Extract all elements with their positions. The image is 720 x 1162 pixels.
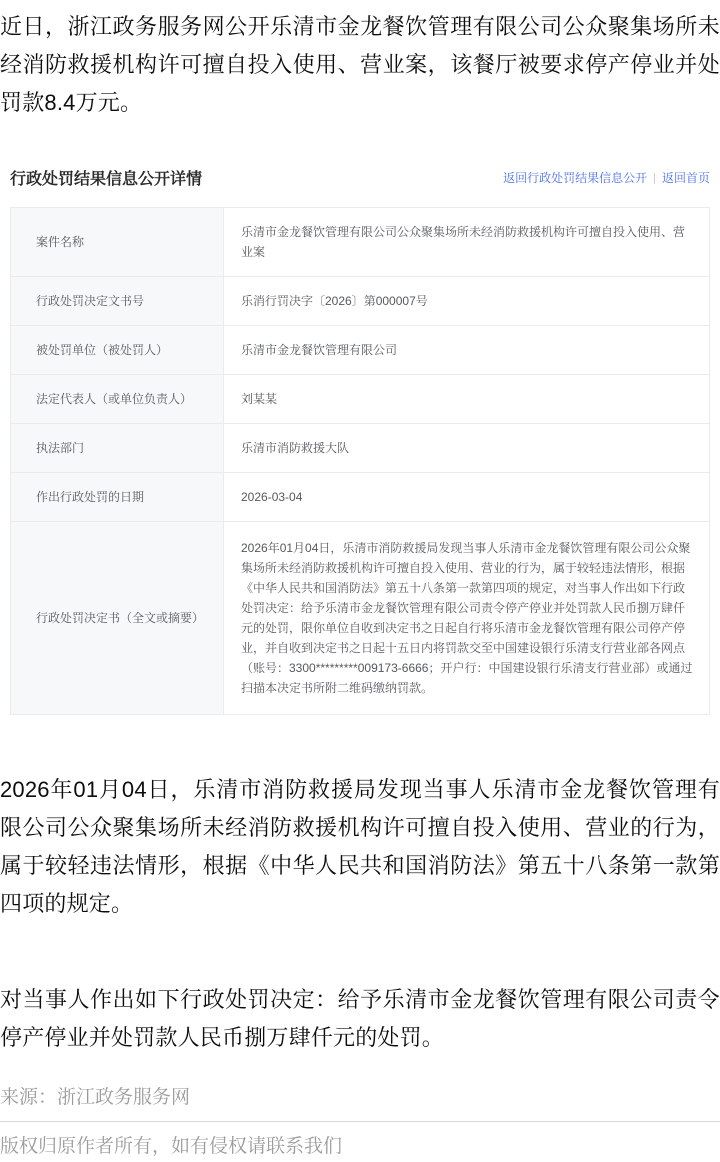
table-row-case-name: 案件名称 乐清市金龙餐饮管理有限公司公众聚集场所未经消防救援机构许可擅自投入使用…	[11, 208, 709, 277]
row-value: 2026-03-04	[224, 473, 709, 521]
copyright-notice: 版权归原作者所有，如有侵权请联系我们	[0, 1132, 720, 1162]
row-value: 刘某某	[224, 375, 709, 423]
article-intro-paragraph: 近日，浙江政务服务网公开乐清市金龙餐饮管理有限公司公众聚集场所未经消防救援机构许…	[0, 8, 720, 122]
table-row-penalty-decision-text: 行政处罚决定书（全文或摘要） 2026年01月04日，乐清市消防救援局发现当事人…	[11, 522, 709, 714]
article-paragraph-decision: 对当事人作出如下行政处罚决定：给予乐清市金龙餐饮管理有限公司责令停产停业并处罚款…	[0, 981, 720, 1057]
row-value: 乐清市金龙餐饮管理有限公司	[224, 326, 709, 374]
footer-divider	[0, 1121, 720, 1122]
row-value: 乐清市金龙餐饮管理有限公司公众聚集场所未经消防救援机构许可擅自投入使用、营业案	[224, 208, 709, 276]
row-label: 行政处罚决定文书号	[11, 277, 224, 325]
row-value: 乐清市消防救援大队	[224, 424, 709, 472]
penalty-detail-table: 案件名称 乐清市金龙餐饮管理有限公司公众聚集场所未经消防救援机构许可擅自投入使用…	[10, 207, 710, 715]
link-separator: |	[653, 172, 656, 184]
row-value: 乐消行罚决字〔2026〕第000007号	[224, 277, 709, 325]
article-paragraph-violation: 2026年01月04日，乐清市消防救援局发现当事人乐清市金龙餐饮管理有限公司公众…	[0, 771, 720, 923]
table-row-document-number: 行政处罚决定文书号 乐消行罚决字〔2026〕第000007号	[11, 277, 709, 326]
row-value: 2026年01月04日，乐清市消防救援局发现当事人乐清市金龙餐饮管理有限公司公众…	[224, 522, 709, 714]
source-attribution: 来源：浙江政务服务网	[0, 1083, 720, 1113]
page: 近日，浙江政务服务网公开乐清市金龙餐饮管理有限公司公众聚集场所未经消防救援机构许…	[0, 8, 720, 1162]
row-label: 法定代表人（或单位负责人）	[11, 375, 224, 423]
table-row-penalty-date: 作出行政处罚的日期 2026-03-04	[11, 473, 709, 522]
row-label: 作出行政处罚的日期	[11, 473, 224, 521]
detail-header-links: 返回行政处罚结果信息公开 | 返回首页	[503, 169, 710, 186]
row-label: 案件名称	[11, 208, 224, 276]
row-label: 行政处罚决定书（全文或摘要）	[11, 522, 224, 714]
back-to-penalty-list-link[interactable]: 返回行政处罚结果信息公开	[503, 169, 647, 186]
penalty-detail-title: 行政处罚结果信息公开详情	[10, 166, 202, 189]
row-label: 执法部门	[11, 424, 224, 472]
back-to-home-link[interactable]: 返回首页	[662, 169, 710, 186]
article-footer: 来源：浙江政务服务网 版权归原作者所有，如有侵权请联系我们	[0, 1083, 720, 1162]
table-row-enforcement-department: 执法部门 乐清市消防救援大队	[11, 424, 709, 473]
table-row-punished-entity: 被处罚单位（被处罚人） 乐清市金龙餐饮管理有限公司	[11, 326, 709, 375]
penalty-detail-header: 行政处罚结果信息公开详情 返回行政处罚结果信息公开 | 返回首页	[0, 166, 720, 189]
row-label: 被处罚单位（被处罚人）	[11, 326, 224, 374]
table-row-legal-representative: 法定代表人（或单位负责人） 刘某某	[11, 375, 709, 424]
